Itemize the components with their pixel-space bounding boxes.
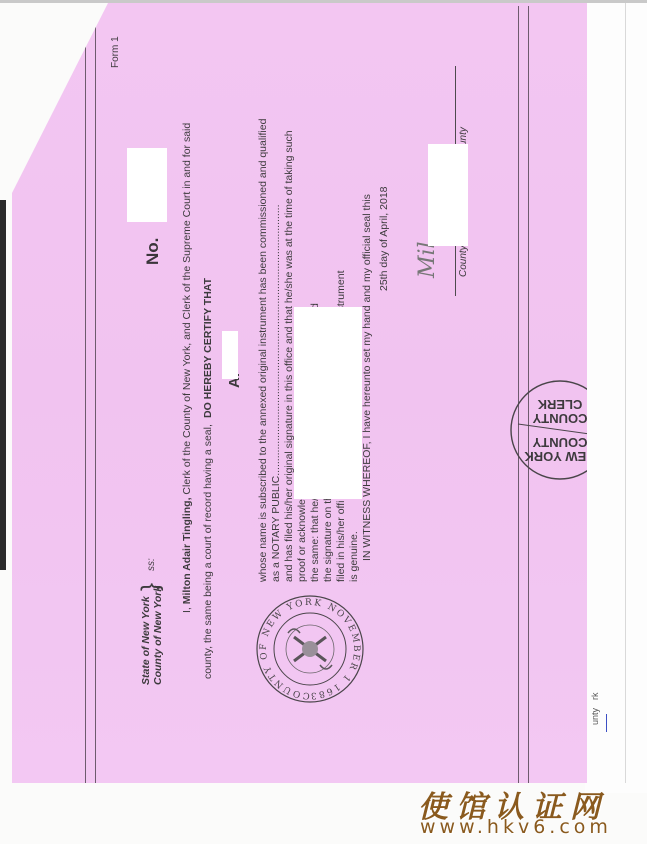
county-seal-icon: COUNTY OF NEW YORK NOVEMBER 1 1683 [254,593,366,705]
brace-icon: } [139,583,163,591]
svg-text:COUNTY: COUNTY [532,435,587,450]
venue-county: County of New York [152,586,164,685]
certify-heading: DO HEREBY CERTIFY THAT [202,278,214,418]
certificate-number-label: No. [143,238,163,265]
intro-prefix: I, [181,604,193,613]
clerk-name: Milton Adair Tingling, [181,497,193,604]
body-line: is genuine. [348,531,360,582]
venue-ss: ss: [146,558,157,571]
intro-line-2: county, the same being a court of record… [202,424,214,679]
watermark-url: www.hkv6.com [420,816,612,838]
svg-text:CLERK: CLERK [537,397,582,412]
scan-left-edge [0,200,6,570]
signature: Mil [415,241,440,278]
redaction-body [294,307,362,499]
intro-rest: Clerk of the County of New York, and Cle… [181,123,193,498]
date-line: 25th day of April, 2018 [378,187,390,292]
underlying-ink-mark [594,714,607,732]
redaction-notary-name [222,331,238,379]
body-line: as a NOTARY PUBLIC......................… [270,204,282,582]
intro-line-1: I, Milton Adair Tingling, Clerk of the C… [181,123,193,613]
body-line: whose name is subscribed to the annexed … [257,119,269,582]
scan-top-edge [0,0,647,3]
form-label: Form 1 [110,36,121,68]
underlying-page [585,3,647,793]
venue-state: State of New York [140,596,152,685]
witness-line: IN WITNESS WHEREOF, I have hereunto set … [361,194,373,561]
underlying-text-fragment: rk [590,693,600,701]
redaction-signature-name [428,144,468,246]
svg-text:COUNTY: COUNTY [532,411,587,426]
svg-text:NEW YORK: NEW YORK [524,449,596,464]
signature-title: County [458,245,469,277]
redaction-certificate-number [127,148,167,222]
underlying-page-edge [625,3,626,783]
certificate-paper: Form 1 No. State of New York County of N… [0,3,587,783]
